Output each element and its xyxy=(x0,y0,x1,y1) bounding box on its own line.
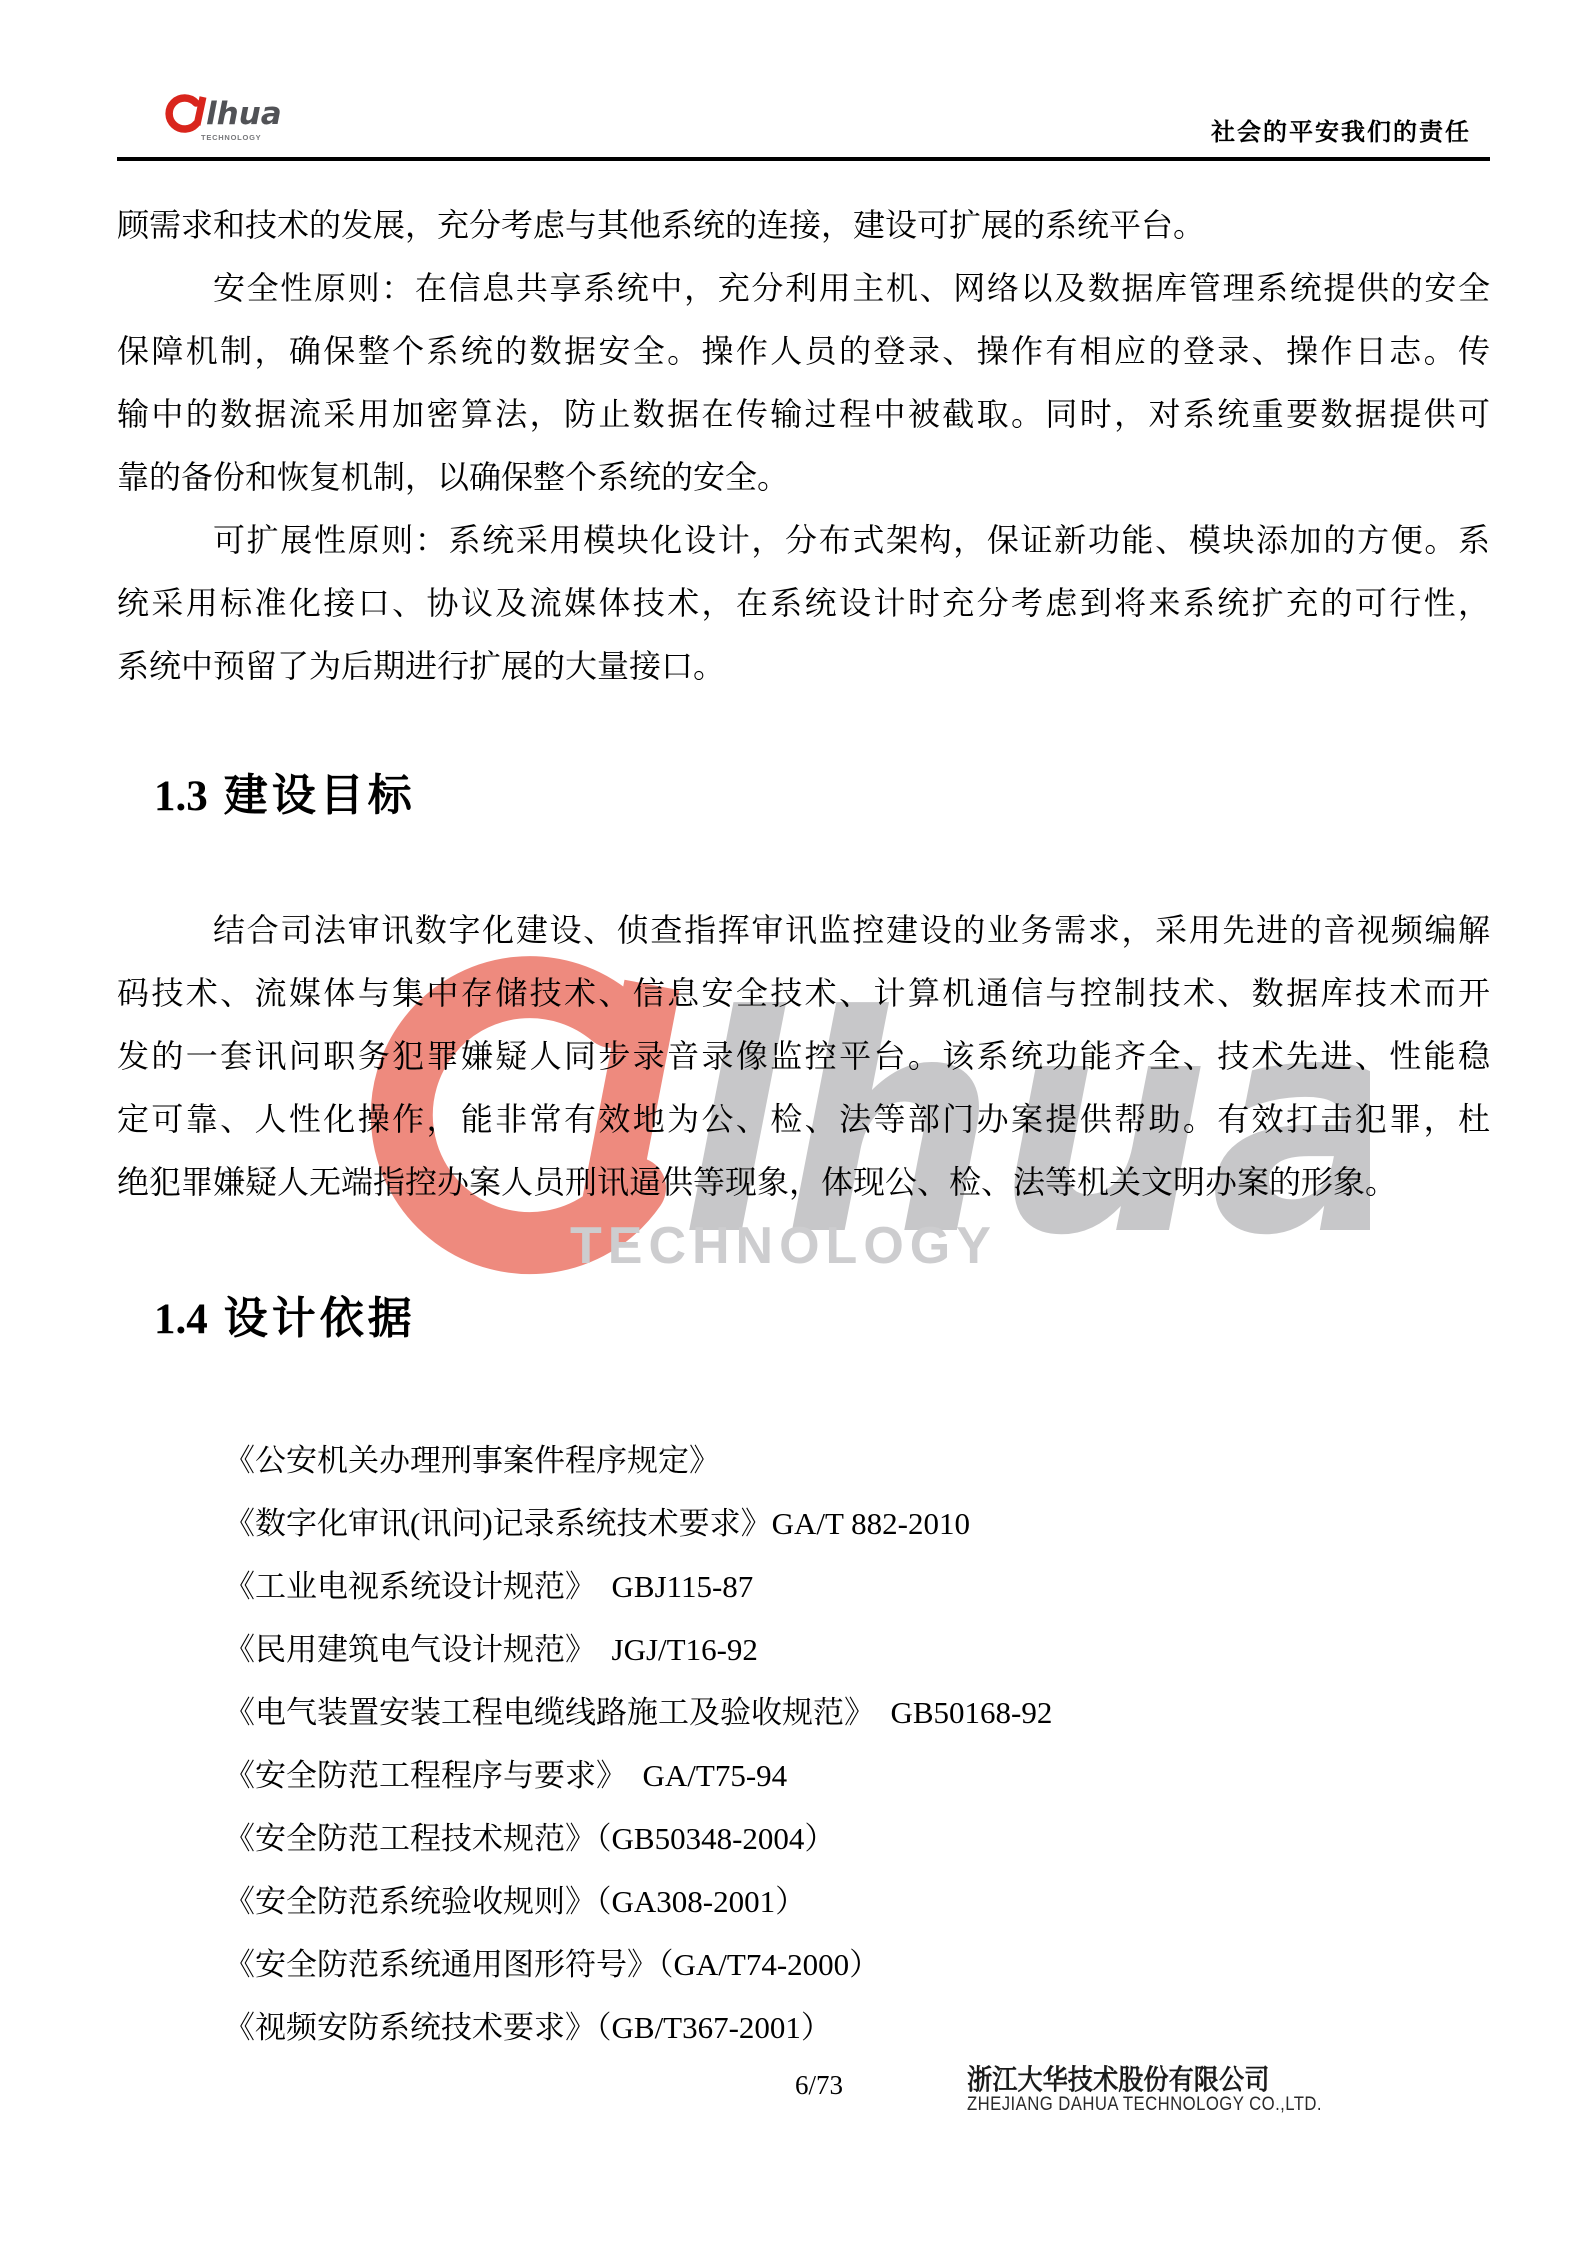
text-line: 输中的数据流采用加密算法，防止数据在传输过程中被截取。同时，对系统重要数据提供可 xyxy=(117,383,1490,446)
document-page: lhua TECHNOLOGY lhua TECHNOLOGY 社会的平安我们的… xyxy=(0,0,1587,2245)
reference-item: 《数字化审讯(讯问)记录系统技术要求》GA/T 882-2010 xyxy=(117,1492,1490,1555)
text-line: 系统中预留了为后期进行扩展的大量接口。 xyxy=(117,635,1490,698)
header-rule xyxy=(117,157,1490,161)
reference-item: 《安全防范工程程序与要求》 GA/T75-94 xyxy=(117,1744,1490,1807)
section-heading-1-4: 1.4设计依据 xyxy=(154,1294,416,1351)
text-line: 靠的备份和恢复机制，以确保整个系统的安全。 xyxy=(117,446,1490,509)
text-line: 顾需求和技术的发展，充分考虑与其他系统的连接，建设可扩展的系统平台。 xyxy=(117,194,1490,257)
reference-item: 《电气装置安装工程电缆线路施工及验收规范》 GB50168-92 xyxy=(117,1681,1490,1744)
reference-item: 《公安机关办理刑事案件程序规定》 xyxy=(117,1429,1490,1492)
intro-paragraphs: 顾需求和技术的发展，充分考虑与其他系统的连接，建设可扩展的系统平台。安全性原则：… xyxy=(117,194,1490,698)
text-line: 安全性原则：在信息共享系统中，充分利用主机、网络以及数据库管理系统提供的安全 xyxy=(117,257,1490,320)
text-line: 绝犯罪嫌疑人无端指控办案人员刑讯逼供等现象，体现公、检、法等机关文明办案的形象。 xyxy=(117,1151,1490,1214)
reference-list: 《公安机关办理刑事案件程序规定》《数字化审讯(讯问)记录系统技术要求》GA/T … xyxy=(117,1429,1490,2059)
text-line: 可扩展性原则：系统采用模块化设计，分布式架构，保证新功能、模块添加的方便。系 xyxy=(117,509,1490,572)
text-line: 码技术、流媒体与集中存储技术、信息安全技术、计算机通信与控制技术、数据库技术而开 xyxy=(117,962,1490,1025)
reference-item: 《安全防范工程技术规范》（GB50348-2004） xyxy=(117,1807,1490,1870)
watermark-technology-text: TECHNOLOGY xyxy=(570,1217,997,1275)
reference-item: 《安全防范系统验收规则》（GA308-2001） xyxy=(117,1870,1490,1933)
reference-item: 《民用建筑电气设计规范》 JGJ/T16-92 xyxy=(117,1618,1490,1681)
reference-item: 《工业电视系统设计规范》 GBJ115-87 xyxy=(117,1555,1490,1618)
reference-item: 《安全防范系统通用图形符号》（GA/T74-2000） xyxy=(117,1933,1490,1996)
page-number: 6/73 xyxy=(795,2070,843,2101)
footer-company-name-en: ZHEJIANG DAHUA TECHNOLOGY CO.,LTD. xyxy=(967,2094,1322,2116)
logo-a-swirl-icon xyxy=(169,98,196,129)
text-line: 结合司法审讯数字化建设、侦查指挥审讯监控建设的业务需求，采用先进的音视频编解 xyxy=(117,899,1490,962)
section-title: 设计依据 xyxy=(224,1294,416,1343)
text-line: 保障机制，确保整个系统的数据安全。操作人员的登录、操作有相应的登录、操作日志。传 xyxy=(117,320,1490,383)
footer-company-name-cn: 浙江大华技术股份有限公司 xyxy=(967,2058,1269,2098)
text-line: 定可靠、人性化操作，能非常有效地为公、检、法等部门办案提供帮助。有效打击犯罪，杜 xyxy=(117,1088,1490,1151)
text-line: 发的一套讯问职务犯罪嫌疑人同步录音录像监控平台。该系统功能齐全、技术先进、性能稳 xyxy=(117,1025,1490,1088)
header-slogan: 社会的平安我们的责任 xyxy=(1211,112,1471,147)
logo-technology-text: TECHNOLOGY xyxy=(201,133,261,142)
goal-paragraphs: 结合司法审讯数字化建设、侦查指挥审讯监控建设的业务需求，采用先进的音视频编解码技… xyxy=(117,899,1490,1214)
dahua-logo: lhua TECHNOLOGY xyxy=(158,92,284,146)
text-line: 统采用标准化接口、协议及流媒体技术，在系统设计时充分考虑到将来系统扩充的可行性， xyxy=(117,572,1490,635)
section-number: 1.3 xyxy=(154,773,208,820)
section-heading-1-3: 1.3建设目标 xyxy=(154,771,416,828)
logo-letters: lhua xyxy=(206,96,282,132)
reference-item: 《视频安防系统技术要求》（GB/T367-2001） xyxy=(117,1996,1490,2059)
section-title: 建设目标 xyxy=(224,771,416,820)
section-number: 1.4 xyxy=(154,1296,208,1343)
